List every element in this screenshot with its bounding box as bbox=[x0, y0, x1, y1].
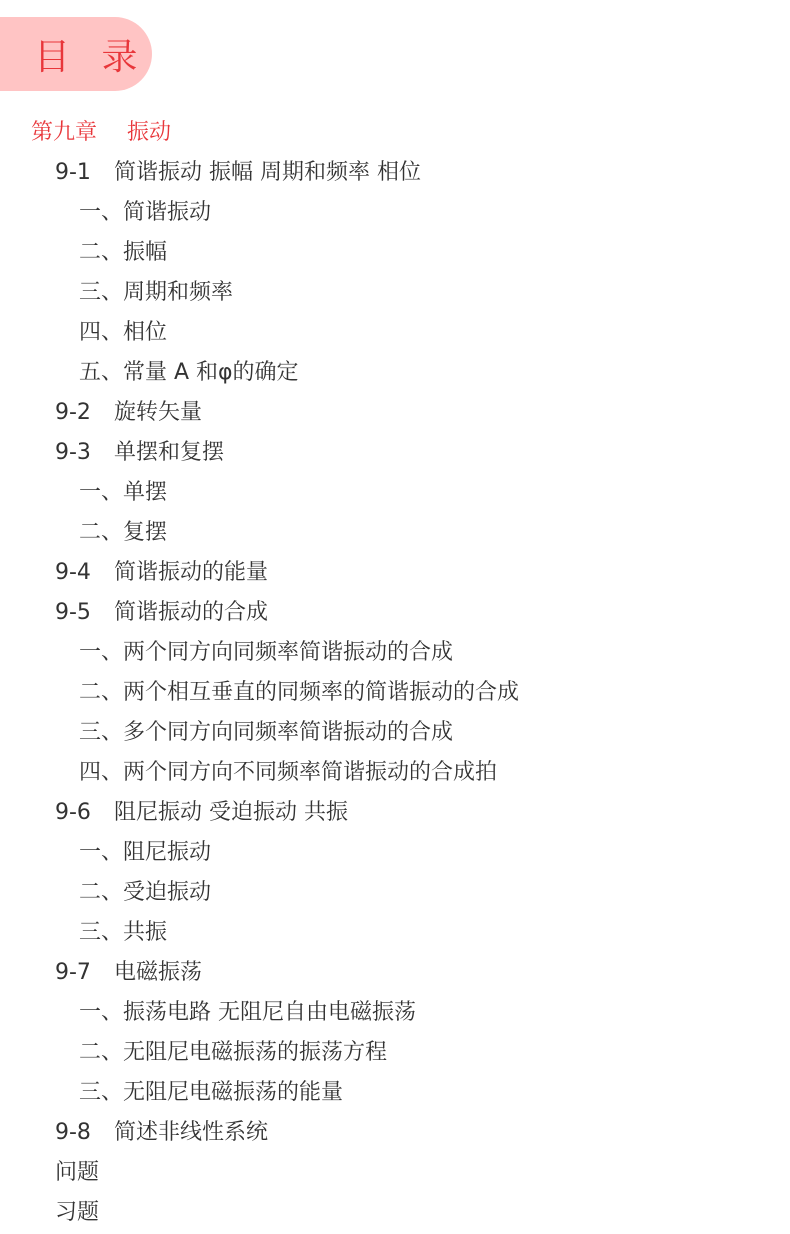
toc-subsection[interactable]: 三、周期和频率 bbox=[0, 273, 790, 313]
toc-section-9-4[interactable]: 9-4 简谐振动的能量 bbox=[0, 553, 790, 593]
subsection-title: 三、多个同方向同频率简谐振动的合成 bbox=[79, 713, 453, 753]
section-number: 9-1 bbox=[55, 153, 114, 193]
section-number: 9-5 bbox=[55, 593, 114, 633]
toc-subsection[interactable]: 二、受迫振动 bbox=[0, 873, 790, 913]
subsection-title: 一、简谐振动 bbox=[79, 193, 211, 233]
subsection-title: 二、无阻尼电磁振荡的振荡方程 bbox=[79, 1033, 387, 1073]
toc-subsection[interactable]: 二、无阻尼电磁振荡的振荡方程 bbox=[0, 1033, 790, 1073]
section-number: 9-8 bbox=[55, 1113, 114, 1153]
section-title: 简述非线性系统 bbox=[114, 1113, 268, 1153]
subsection-title: 一、阻尼振动 bbox=[79, 833, 211, 873]
toc-subsection[interactable]: 一、振荡电路 无阻尼自由电磁振荡 bbox=[0, 993, 790, 1033]
toc-subsection[interactable]: 三、无阻尼电磁振荡的能量 bbox=[0, 1073, 790, 1113]
toc-section-9-5[interactable]: 9-5 简谐振动的合成 bbox=[0, 593, 790, 633]
toc-subsection[interactable]: 五、常量 A 和φ的确定 bbox=[0, 353, 790, 393]
section-title: 简谐振动 振幅 周期和频率 相位 bbox=[114, 153, 421, 193]
section-number: 9-7 bbox=[55, 953, 114, 993]
subsection-title: 二、振幅 bbox=[79, 233, 167, 273]
section-number: 9-6 bbox=[55, 793, 114, 833]
toc-subsection[interactable]: 一、两个同方向同频率简谐振动的合成 bbox=[0, 633, 790, 673]
subsection-title: 三、周期和频率 bbox=[79, 273, 233, 313]
toc-section-9-2[interactable]: 9-2 旋转矢量 bbox=[0, 393, 790, 433]
questions-title: 问题 bbox=[55, 1153, 99, 1193]
toc-subsection[interactable]: 三、共振 bbox=[0, 913, 790, 953]
section-number: 9-2 bbox=[55, 393, 114, 433]
section-number: 9-3 bbox=[55, 433, 114, 473]
subsection-title: 三、无阻尼电磁振荡的能量 bbox=[79, 1073, 343, 1113]
toc-subsection[interactable]: 三、多个同方向同频率简谐振动的合成 bbox=[0, 713, 790, 753]
toc-subsection[interactable]: 四、相位 bbox=[0, 313, 790, 353]
subsection-title: 二、复摆 bbox=[79, 513, 167, 553]
subsection-title: 一、单摆 bbox=[79, 473, 167, 513]
subsection-title: 二、受迫振动 bbox=[79, 873, 211, 913]
toc-exercises[interactable]: 习题 bbox=[0, 1193, 790, 1233]
toc-subsection[interactable]: 一、简谐振动 bbox=[0, 193, 790, 233]
chapter-number: 第九章 bbox=[31, 113, 127, 153]
toc-section-9-3[interactable]: 9-3 单摆和复摆 bbox=[0, 433, 790, 473]
toc-section-9-6[interactable]: 9-6 阻尼振动 受迫振动 共振 bbox=[0, 793, 790, 833]
table-of-contents: 第九章 振动 9-1 简谐振动 振幅 周期和频率 相位 一、简谐振动 二、振幅 … bbox=[0, 113, 790, 1233]
toc-chapter[interactable]: 第九章 振动 bbox=[0, 113, 790, 153]
subsection-title: 二、两个相互垂直的同频率的简谐振动的合成 bbox=[79, 673, 519, 713]
toc-questions[interactable]: 问题 bbox=[0, 1153, 790, 1193]
subsection-title: 五、常量 A 和φ的确定 bbox=[79, 353, 299, 393]
chapter-title: 振动 bbox=[127, 113, 171, 153]
toc-subsection[interactable]: 四、两个同方向不同频率简谐振动的合成拍 bbox=[0, 753, 790, 793]
subsection-title: 三、共振 bbox=[79, 913, 167, 953]
toc-section-9-1[interactable]: 9-1 简谐振动 振幅 周期和频率 相位 bbox=[0, 153, 790, 193]
subsection-title: 一、两个同方向同频率简谐振动的合成 bbox=[79, 633, 453, 673]
section-title: 简谐振动的能量 bbox=[114, 553, 268, 593]
toc-subsection[interactable]: 二、两个相互垂直的同频率的简谐振动的合成 bbox=[0, 673, 790, 713]
section-title: 简谐振动的合成 bbox=[114, 593, 268, 633]
section-title: 阻尼振动 受迫振动 共振 bbox=[114, 793, 348, 833]
subsection-title: 四、两个同方向不同频率简谐振动的合成拍 bbox=[79, 753, 497, 793]
section-title: 电磁振荡 bbox=[114, 953, 202, 993]
toc-subsection[interactable]: 一、单摆 bbox=[0, 473, 790, 513]
toc-subsection[interactable]: 二、振幅 bbox=[0, 233, 790, 273]
subsection-title: 四、相位 bbox=[79, 313, 167, 353]
toc-subsection[interactable]: 一、阻尼振动 bbox=[0, 833, 790, 873]
page-title: 目 录 bbox=[34, 29, 147, 80]
exercises-title: 习题 bbox=[55, 1193, 99, 1233]
section-number: 9-4 bbox=[55, 553, 114, 593]
subsection-title: 一、振荡电路 无阻尼自由电磁振荡 bbox=[79, 993, 416, 1033]
section-title: 单摆和复摆 bbox=[114, 433, 224, 473]
toc-subsection[interactable]: 二、复摆 bbox=[0, 513, 790, 553]
toc-section-9-8[interactable]: 9-8 简述非线性系统 bbox=[0, 1113, 790, 1153]
section-title: 旋转矢量 bbox=[114, 393, 202, 433]
toc-title-pill: 目 录 bbox=[0, 17, 152, 91]
toc-section-9-7[interactable]: 9-7 电磁振荡 bbox=[0, 953, 790, 993]
